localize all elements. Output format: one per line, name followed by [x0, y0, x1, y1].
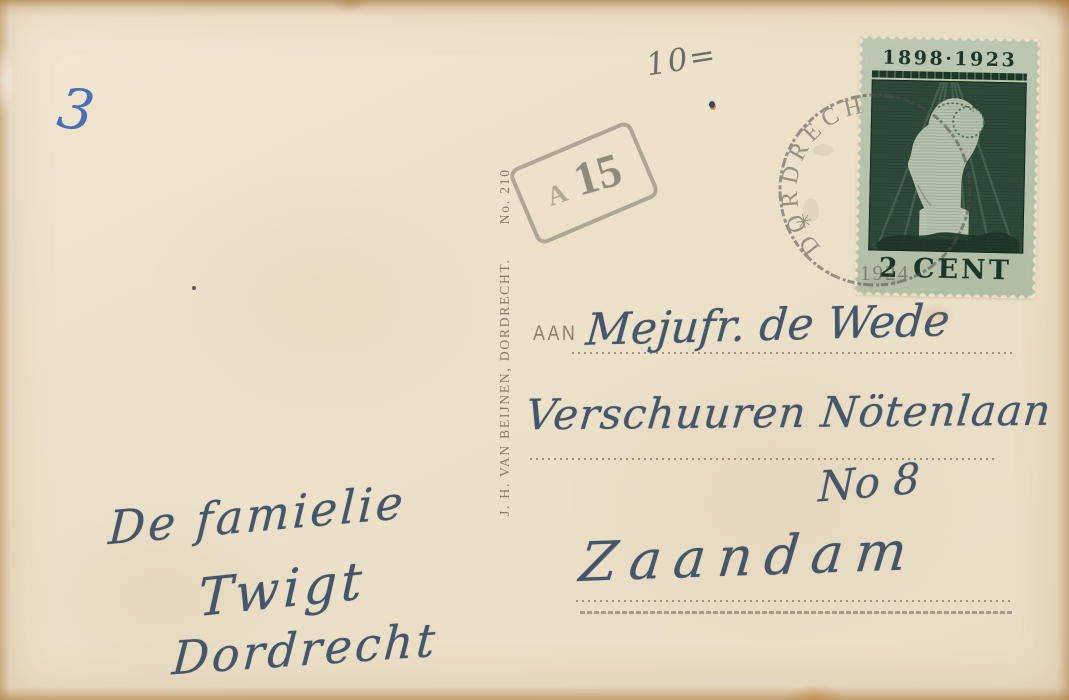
publisher-imprint: J. H. VAN BEIJNEN, DORDRECHT. No. 210 [494, 180, 516, 550]
dealer-pencil-mark: 10= [644, 37, 720, 84]
ink-speck [192, 286, 196, 290]
postmark-town: DORDRECHT [765, 80, 870, 260]
address-dotted-line-4 [580, 611, 1012, 614]
svg-text:DORDRECHT: DORDRECHT [765, 80, 870, 260]
postmark-cancel: DORDRECHT ✳ 1924 [765, 80, 985, 300]
handwritten-sender-family: De famielie [107, 475, 407, 555]
paper-speck [709, 101, 715, 108]
address-to-label: AAN [533, 322, 577, 346]
control-mark-box: A 15 [507, 119, 661, 246]
publisher-series-number: No. 210 [497, 168, 513, 224]
control-mark-letter: A [543, 177, 572, 213]
postcard-back: 3 10= A 15 J. H. VAN BEIJNEN, DORDRECHT.… [0, 0, 1069, 700]
handwritten-addressee: Mejufr. de Wede [584, 295, 952, 356]
publisher-name: J. H. VAN BEIJNEN, DORDRECHT. [497, 258, 513, 516]
handwritten-street: Verschuuren Nötenlaan [524, 386, 1054, 440]
address-dotted-line-2 [530, 458, 996, 460]
handwritten-house-number: No 8 [818, 453, 921, 511]
stamp-perforation-right [1028, 40, 1040, 298]
postmark-year: 1924 [860, 261, 910, 285]
stamp-jubilee-years: 1898·1923 [870, 44, 1030, 73]
handwritten-town: Zaandam [577, 519, 922, 594]
control-mark-number: 15 [568, 142, 628, 207]
handwritten-sender-name: Twigt [197, 551, 366, 629]
collector-number-pen: 3 [53, 76, 98, 146]
address-dotted-line-3 [576, 600, 1012, 602]
